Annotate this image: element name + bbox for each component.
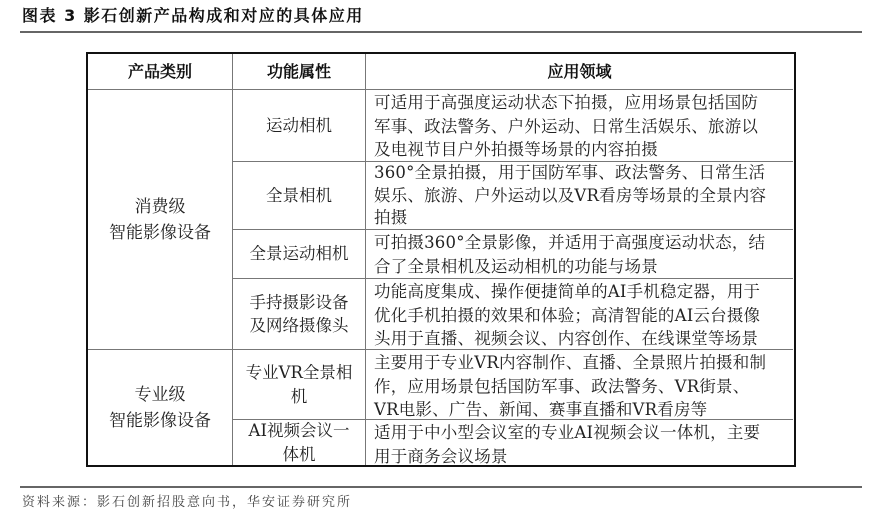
application-line: 可适用于高强度运动状态下拍摄，应用场景包括国防 xyxy=(374,91,758,115)
application-pro-vr-camera: 主要用于专业VR内容制作、直播、全景照片拍摄和制 作，应用场景包括国防军事、政法… xyxy=(366,350,793,420)
function-line2: 及网络摄像头 xyxy=(250,314,349,338)
function-action-camera: 运动相机 xyxy=(233,90,366,162)
category-label-line1: 消费级 xyxy=(135,194,186,220)
title-divider xyxy=(20,31,862,33)
application-ai-video-conference: 适用于中小型会议室的专业AI视频会议一体机，主要 用于商务会议场景 xyxy=(366,420,793,465)
figure-title: 图表 3 影石创新产品构成和对应的具体应用 xyxy=(22,3,364,26)
function-line1: AI视频会议一 xyxy=(249,419,350,443)
function-panoramic-camera: 全景相机 xyxy=(233,162,366,230)
function-line2: 体机 xyxy=(283,443,316,467)
application-line: 适用于中小型会议室的专业AI视频会议一体机，主要 xyxy=(374,421,760,445)
function-line1: 专业VR全景相 xyxy=(246,361,353,385)
function-ai-video-conference: AI视频会议一 体机 xyxy=(233,420,366,465)
category-label-line2: 智能影像设备 xyxy=(109,220,211,246)
application-line: 功能高度集成、操作便捷简单的AI手机稳定器，用于 xyxy=(374,280,760,304)
source-note: 资料来源：影石创新招股意向书，华安证券研究所 xyxy=(22,491,352,510)
category-professional: 专业级 智能影像设备 xyxy=(88,350,233,465)
application-line: 头用于直播、视频会议、内容创作、在线课堂等场景 xyxy=(374,327,758,351)
header-function: 功能属性 xyxy=(233,54,366,90)
application-line: 优化手机拍摄的效果和体验；高清智能的AI云台摄像 xyxy=(374,304,760,328)
application-line: 娱乐、旅游、户外运动以及VR看房等场景的全景内容 xyxy=(374,185,766,208)
application-action-camera: 可适用于高强度运动状态下拍摄，应用场景包括国防 军事、政法警务、户外运动、日常生… xyxy=(366,90,793,162)
product-table: 产品类别 功能属性 应用领域 消费级 智能影像设备 专业级 智能影像设备 运动相… xyxy=(86,52,796,467)
application-line: 拍摄 xyxy=(374,207,407,230)
application-line: 360°全景拍摄，用于国防军事、政法警务、日常生活 xyxy=(374,162,765,185)
application-handheld-webcam: 功能高度集成、操作便捷简单的AI手机稳定器，用于 优化手机拍摄的效果和体验；高清… xyxy=(366,279,793,350)
application-line: 用于商务会议场景 xyxy=(374,445,508,469)
header-product-category: 产品类别 xyxy=(88,54,233,90)
function-line2: 机 xyxy=(291,385,308,409)
category-label-line1: 专业级 xyxy=(135,382,186,408)
application-line: 作，应用场景包括国防军事、政法警务、VR街景、 xyxy=(374,375,749,399)
function-line1: 手持摄影设备 xyxy=(250,291,349,315)
function-pro-vr-camera: 专业VR全景相 机 xyxy=(233,350,366,420)
application-line: 合了全景相机及运动相机的功能与场景 xyxy=(374,255,658,279)
application-line: 可拍摄360°全景影像，并适用于高强度运动状态，结 xyxy=(374,231,765,255)
header-application: 应用领域 xyxy=(366,54,793,90)
category-label-line2: 智能影像设备 xyxy=(109,408,211,434)
function-handheld-webcam: 手持摄影设备 及网络摄像头 xyxy=(233,279,366,350)
application-line: 及电视节目户外拍摄等场景的内容拍摄 xyxy=(374,138,658,162)
category-consumer: 消费级 智能影像设备 xyxy=(88,90,233,350)
footer-divider xyxy=(20,486,862,488)
application-panoramic-camera: 360°全景拍摄，用于国防军事、政法警务、日常生活 娱乐、旅游、户外运动以及VR… xyxy=(366,162,793,230)
application-line: 军事、政法警务、户外运动、日常生活娱乐、旅游以 xyxy=(374,115,758,139)
application-line: VR电影、广告、新闻、赛事直播和VR看房等 xyxy=(374,398,707,422)
application-panoramic-action-camera: 可拍摄360°全景影像，并适用于高强度运动状态，结 合了全景相机及运动相机的功能… xyxy=(366,230,793,279)
function-panoramic-action-camera: 全景运动相机 xyxy=(233,230,366,279)
application-line: 主要用于专业VR内容制作、直播、全景照片拍摄和制 xyxy=(374,351,766,375)
